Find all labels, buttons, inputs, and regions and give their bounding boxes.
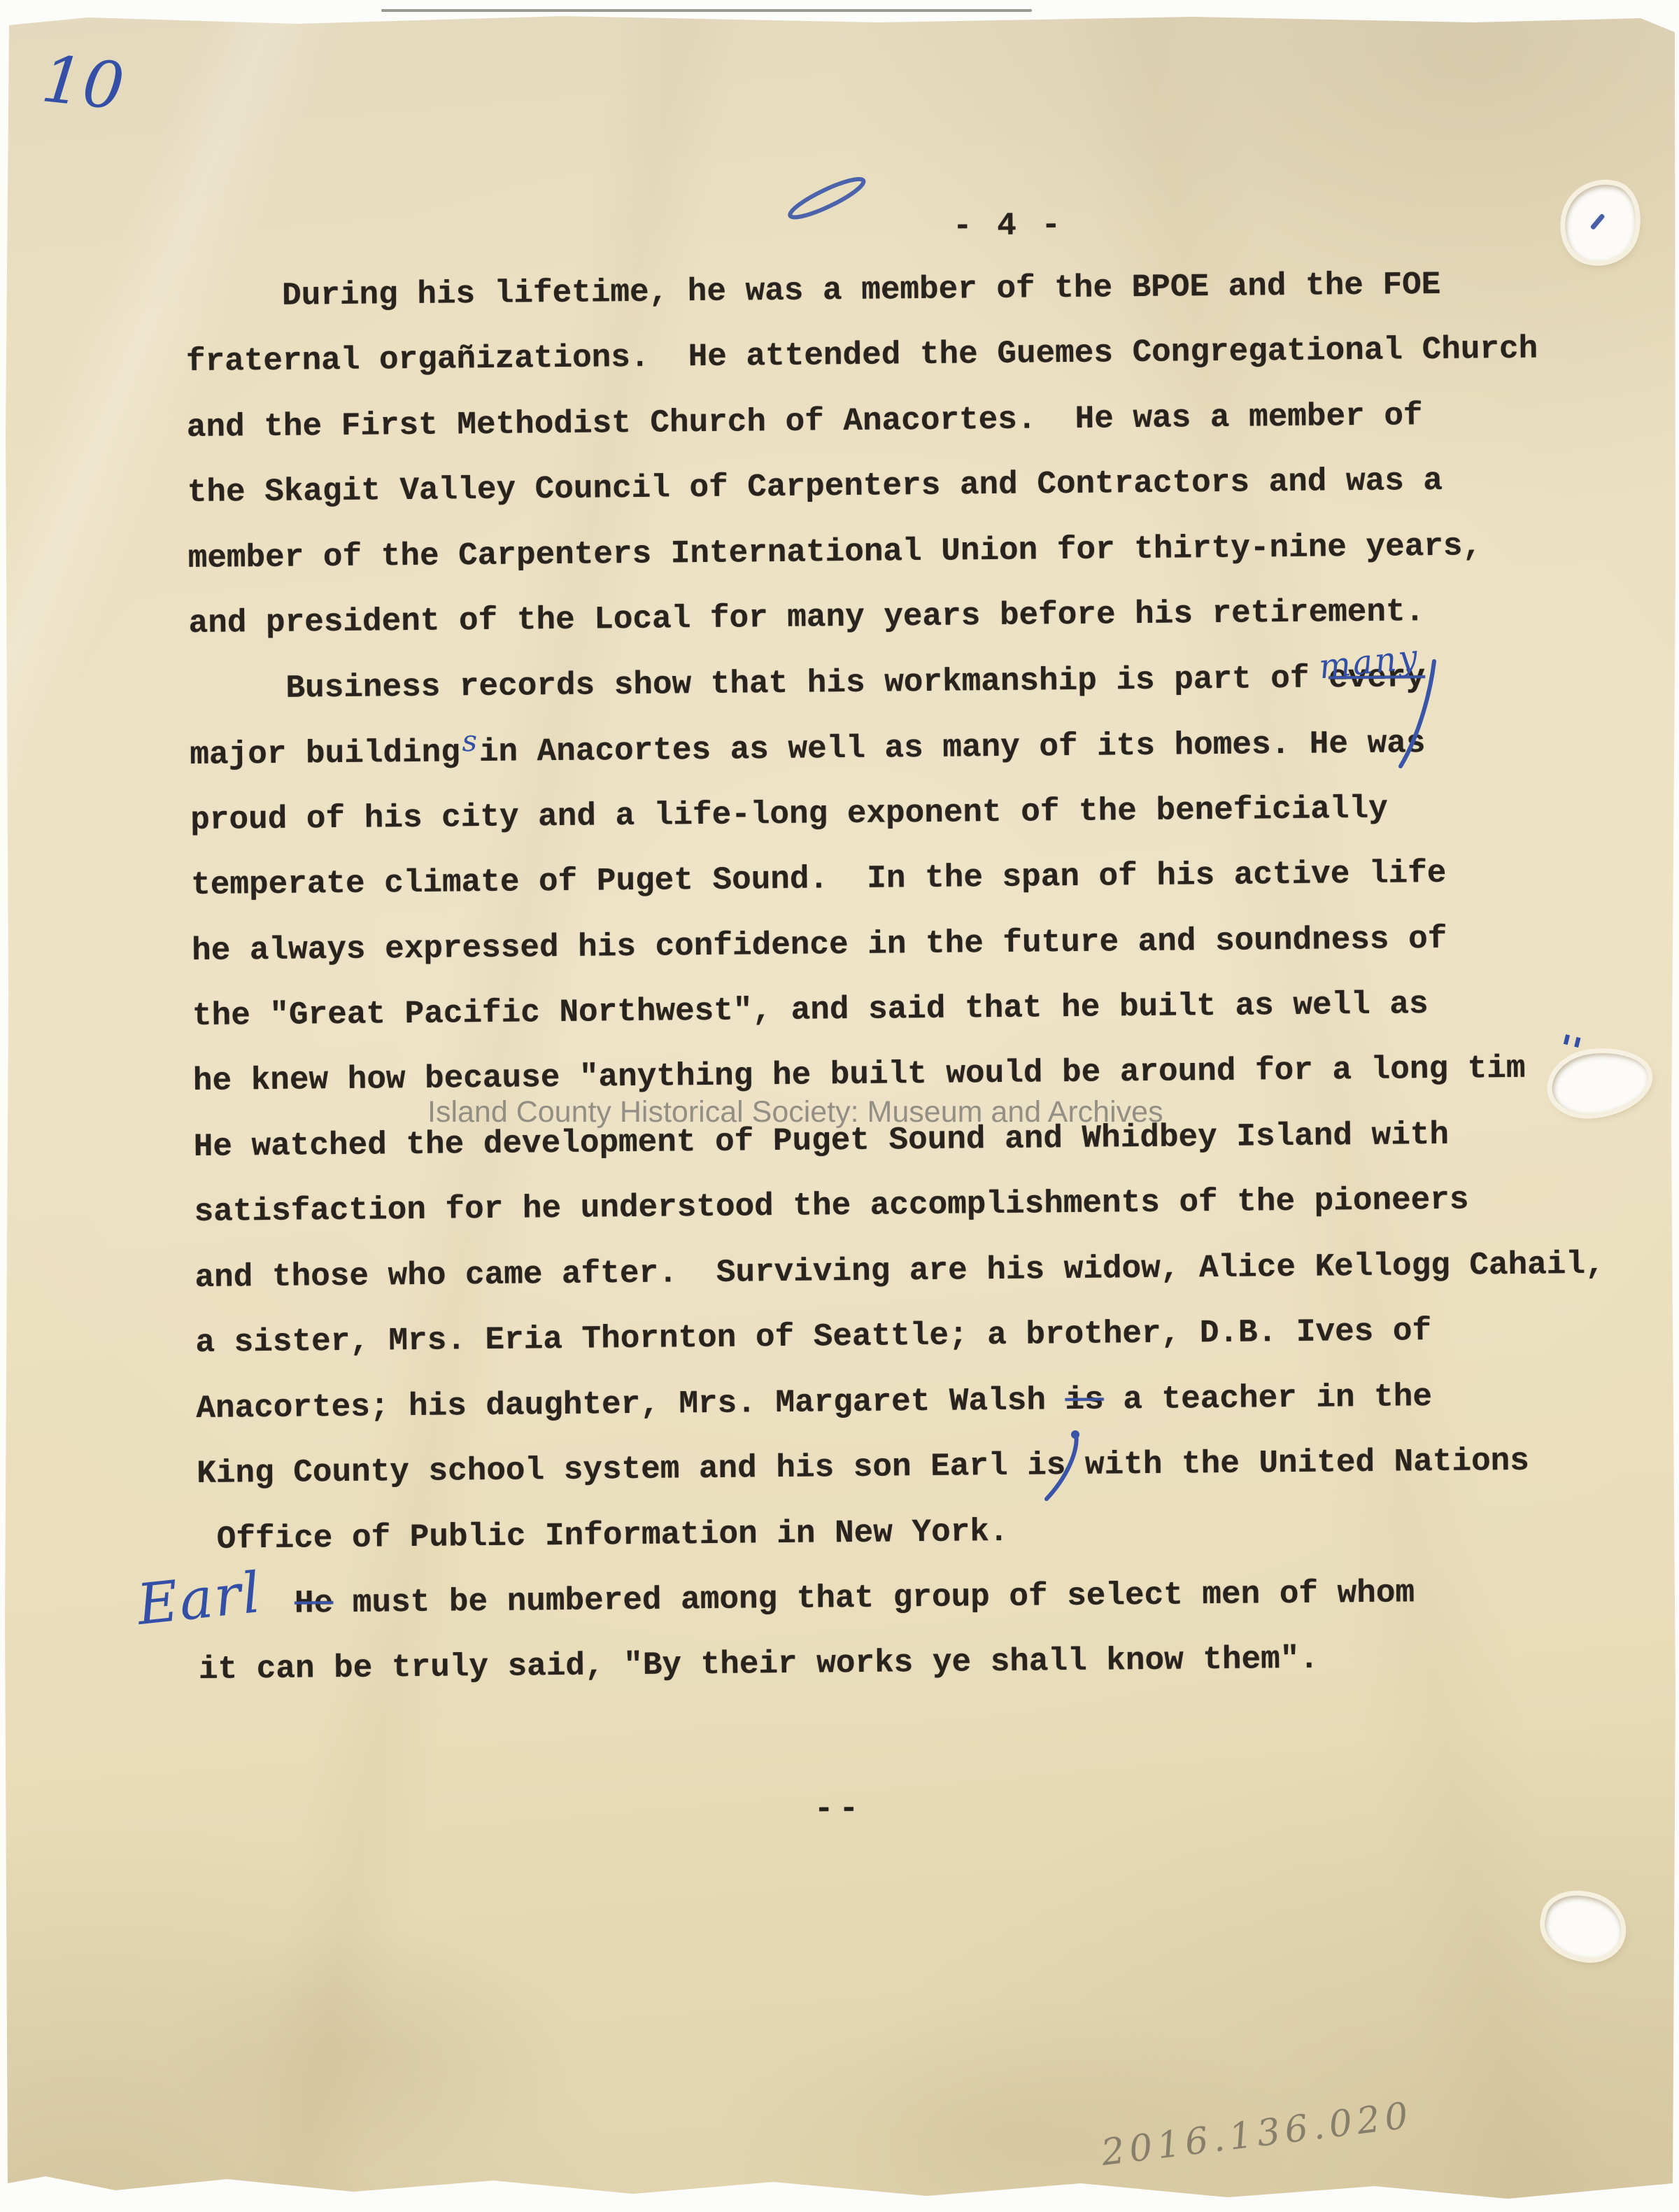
typed-segment: satisfaction for he understood the accom… <box>194 1182 1468 1230</box>
typed-line: fraternal orgañizations. He attended the… <box>186 331 1538 381</box>
typed-segment: and those who came after. Surviving are … <box>194 1246 1605 1295</box>
typed-segment: he knew how because "anything he built w… <box>193 1050 1526 1099</box>
page-number-strike-ink <box>777 169 883 230</box>
typed-segment: fraternal orgañizations. He attended the… <box>186 331 1538 381</box>
end-mark: -- <box>814 1791 865 1828</box>
struck-word: He <box>295 1585 334 1622</box>
struck-word: is <box>1065 1381 1104 1418</box>
page-number-text: - 4 - <box>953 207 1064 245</box>
watermark: Island County Historical Society: Museum… <box>427 1095 1163 1129</box>
typed-line: he always expressed his confidence in th… <box>192 920 1447 968</box>
typed-line: major buildingsin Anacortes as well as m… <box>190 724 1426 773</box>
typed-segment: the "Great Pacific Northwest", and said … <box>192 986 1429 1034</box>
typed-line: proud of his city and a life-long expone… <box>190 790 1388 838</box>
typed-segment: he always expressed his confidence in th… <box>192 920 1447 968</box>
scanner-edge-line <box>381 9 1032 12</box>
inserted-comma-ink <box>1041 1428 1083 1505</box>
typed-line: the Skagit Valley Council of Carpenters … <box>187 463 1443 511</box>
typed-segment: in Anacortes as well as many of its home… <box>479 725 1426 770</box>
typed-line: Business records show that his workmansh… <box>189 659 1425 707</box>
typed-line: Anacortes; his daughter, Mrs. Margaret W… <box>196 1379 1432 1427</box>
typed-line: a sister, Mrs. Eria Thornton of Seattle;… <box>195 1313 1431 1361</box>
typed-line: the "Great Pacific Northwest", and said … <box>192 986 1429 1034</box>
typed-segment: During his lifetime, he was a member of … <box>282 267 1441 314</box>
typed-line: he knew how because "anything he built w… <box>193 1050 1526 1099</box>
typed-line: and those who came after. Surviving are … <box>194 1246 1605 1295</box>
typed-segment: Office of Public Information in New York… <box>197 1513 1009 1557</box>
typed-line: He must be numbered among that group of … <box>198 1575 1415 1623</box>
handwritten-margin-name: Earl <box>134 1560 265 1637</box>
typed-line: satisfaction for he understood the accom… <box>194 1182 1468 1230</box>
typed-segment: it can be truly said, "By their works ye… <box>199 1641 1319 1688</box>
typed-segment: King County school system and his son Ea… <box>197 1443 1529 1492</box>
typed-segment: member of the Carpenters International U… <box>187 528 1482 577</box>
typed-segment: a teacher in the <box>1103 1379 1432 1418</box>
typed-line: and president of the Local for many year… <box>188 593 1424 642</box>
typed-segment: a sister, Mrs. Eria Thornton of Seattle;… <box>195 1313 1431 1361</box>
typed-segment: Business records show that his workmansh… <box>285 660 1329 706</box>
handwritten-page-index: 10 <box>38 41 128 125</box>
inserted-letter: s <box>460 724 479 758</box>
typed-segment: major building <box>190 734 460 773</box>
typed-segment: proud of his city and a life-long expone… <box>190 790 1388 838</box>
typed-segment: temperate climate of Puget Sound. In the… <box>191 855 1447 903</box>
typed-segment: must be numbered among that group of sel… <box>333 1575 1415 1621</box>
typed-line: and the First Methodist Church of Anacor… <box>187 397 1423 446</box>
ink-speck <box>1590 213 1606 230</box>
typed-segment: the Skagit Valley Council of Carpenters … <box>187 463 1443 511</box>
typed-line: King County school system and his son Ea… <box>197 1443 1529 1492</box>
typed-line: member of the Carpenters International U… <box>187 528 1482 577</box>
typed-line: temperate climate of Puget Sound. In the… <box>191 855 1447 903</box>
correction-slash-ink <box>1392 654 1441 773</box>
paper-sheet: - 4 - -- During his lifetime, he was a m… <box>3 14 1676 2201</box>
typed-line: During his lifetime, he was a member of … <box>185 267 1441 315</box>
typed-segment: and the First Methodist Church of Anacor… <box>187 397 1423 446</box>
typed-line: Office of Public Information in New York… <box>197 1513 1009 1557</box>
typed-line: it can be truly said, "By their works ye… <box>199 1641 1319 1688</box>
document-scan: - 4 - -- During his lifetime, he was a m… <box>0 0 1679 2212</box>
typed-segment: and president of the Local for many year… <box>188 593 1424 642</box>
typed-segment: Anacortes; his daughter, Mrs. Margaret W… <box>196 1382 1065 1427</box>
